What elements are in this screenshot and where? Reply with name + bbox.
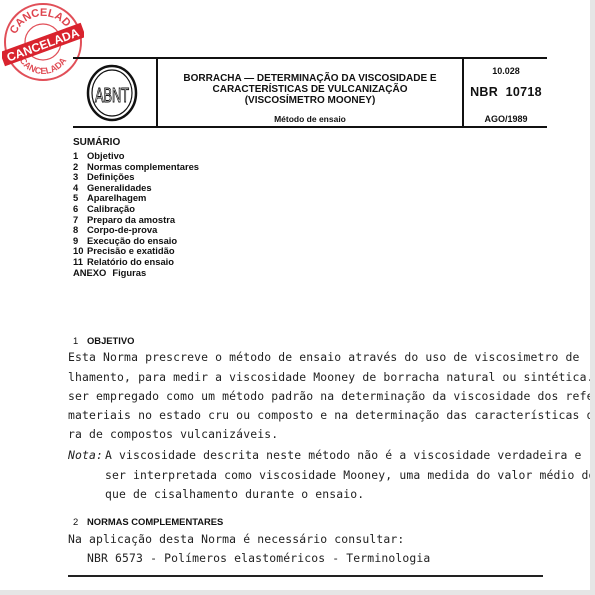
summary-item-number: 11 (73, 257, 87, 268)
title-line: BORRACHA — DETERMINAÇÃO DA VISCOSIDADE E (160, 73, 460, 84)
body-text-line: materiais no estado cru ou composto e na… (68, 408, 590, 422)
document-subtitle: Método de ensaio (160, 114, 460, 124)
body-text-line: Esta Norma prescreve o método de ensaio … (68, 350, 590, 364)
document-date: AGO/1989 (466, 114, 546, 124)
note-text-line: A viscosidade descrita neste método não … (105, 448, 590, 462)
summary-item-label: Objetivo (87, 151, 125, 162)
note-text-line: que de cisalhamento durante o ensaio. (105, 487, 364, 501)
body-text-line: lhamento, para medir a viscosidade Moone… (68, 370, 590, 384)
header-bottom-rule (73, 126, 547, 128)
document-page: CANCELADA CANCELADA CANCELADA ABNT BORRA… (0, 0, 590, 590)
summary-list: 1Objetivo2Normas complementares3Definiçõ… (73, 151, 199, 278)
abnt-logo-icon: ABNT (86, 64, 138, 122)
summary-item-number: 6 (73, 204, 87, 215)
title-line: (VISCOSÍMETRO MOONEY) (160, 95, 460, 106)
footer-rule (68, 575, 543, 577)
section-number: 2 (73, 516, 87, 527)
summary-item: 6Calibração (73, 204, 199, 215)
header-top-rule (73, 57, 547, 59)
summary-annex: ANEXOFiguras (73, 268, 199, 279)
body-text-line: ser empregado como um método padrão na d… (68, 389, 590, 403)
cancelled-stamp-icon: CANCELADA CANCELADA CANCELADA (2, 1, 84, 83)
section-heading: 2NORMAS COMPLEMENTARES (73, 516, 223, 527)
document-title: BORRACHA — DETERMINAÇÃO DA VISCOSIDADE E… (160, 73, 460, 106)
header-divider (462, 57, 464, 128)
summary-title: SUMÁRIO (73, 137, 120, 148)
standard-number: NBR 10718 (466, 85, 546, 99)
section-title: NORMAS COMPLEMENTARES (87, 516, 223, 527)
summary-item-number: 1 (73, 151, 87, 162)
summary-item-label: Calibração (87, 204, 135, 215)
section-number: 1 (73, 335, 87, 346)
summary-item: 1Objetivo (73, 151, 199, 162)
body-text: Na aplicação desta Norma é necessário co… (68, 532, 404, 546)
document-code: 10.028 (466, 66, 546, 76)
header-divider (156, 57, 158, 128)
title-line: CARACTERÍSTICAS DE VULCANIZAÇÃO (160, 84, 460, 95)
section-heading: 1OBJETIVO (73, 335, 134, 346)
svg-text:ABNT: ABNT (95, 85, 129, 107)
section-title: OBJETIVO (87, 335, 134, 346)
note-text-line: ser interpretada como viscosidade Mooney… (105, 468, 590, 482)
body-text-line: ra de compostos vulcanizáveis. (68, 427, 278, 441)
reference-item: NBR 6573 - Polímeros elastoméricos - Ter… (87, 551, 430, 565)
note-label: Nota: (68, 448, 103, 462)
